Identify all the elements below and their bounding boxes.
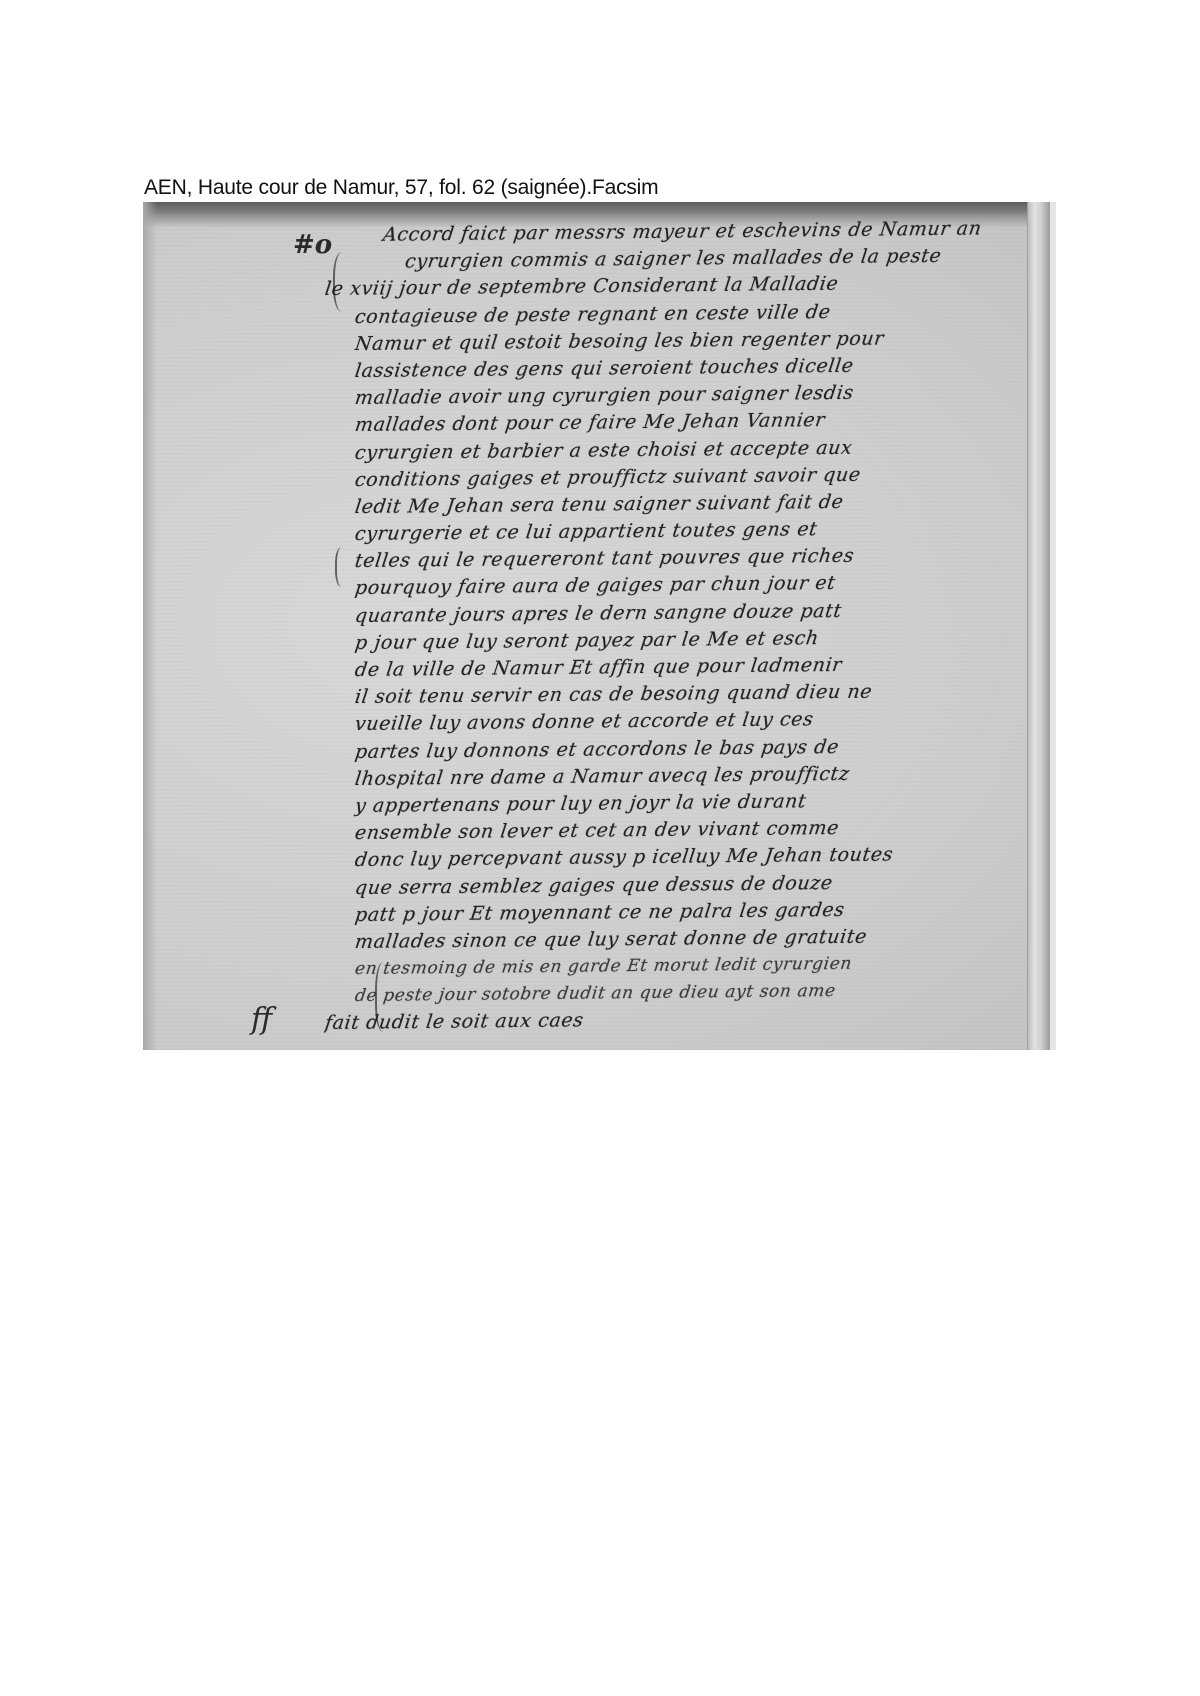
binding-strip	[1027, 202, 1050, 1050]
manuscript-facsimile-image: #o ff Accord faict par messrs mayeur et …	[143, 202, 1056, 1050]
margin-mark-top: #o	[293, 230, 332, 260]
manuscript-text-block: Accord faict par messrs mayeur et eschev…	[355, 222, 1025, 1038]
margin-mark-bottom: ff	[251, 1002, 272, 1037]
flourish-stroke	[335, 547, 351, 587]
binding-edge	[1050, 202, 1056, 1050]
manuscript-line: fait dudit le soit aux caes	[323, 1003, 1028, 1038]
document-caption: AEN, Haute cour de Namur, 57, fol. 62 (s…	[144, 176, 658, 200]
page-left-shadow	[143, 202, 157, 1050]
